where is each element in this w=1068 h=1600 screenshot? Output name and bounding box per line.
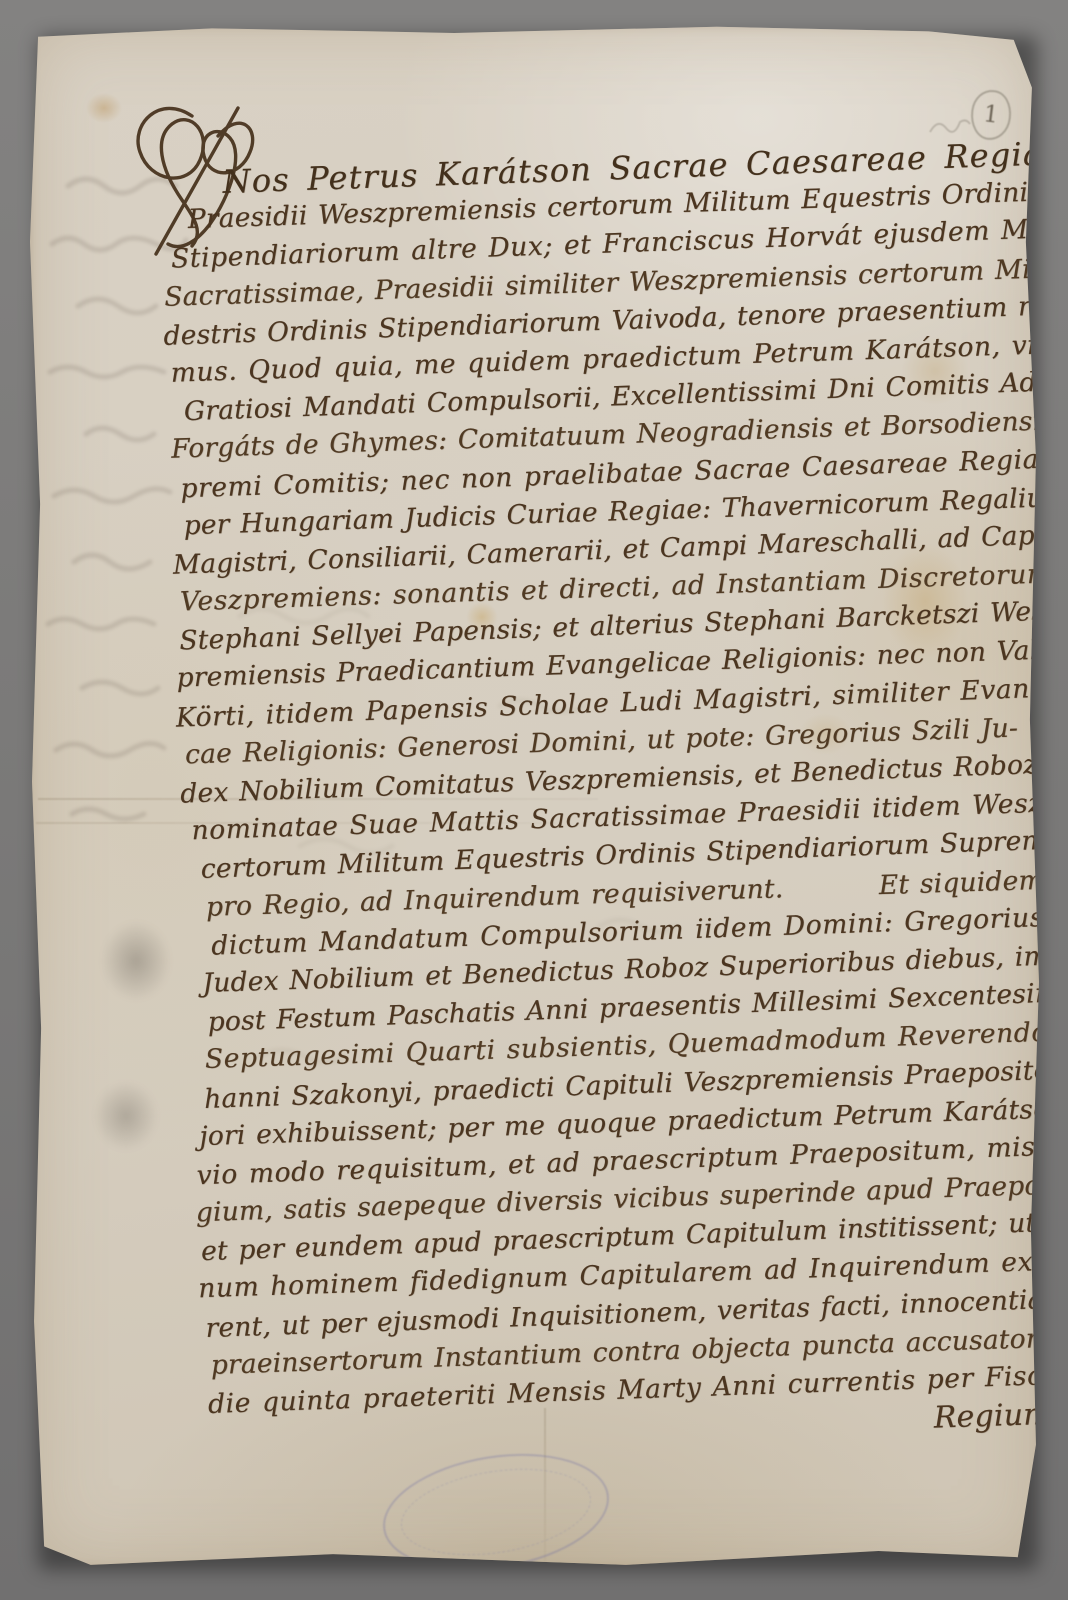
- folio-number-value: 1: [982, 101, 1000, 129]
- folio-number: 1: [968, 88, 1014, 143]
- archive-stamp-inner-ring: [395, 1456, 597, 1567]
- manuscript-page: 1 Nos Petrus Karátson Sacrae Caesareae R…: [30, 26, 1040, 1568]
- manuscript-text-block: Nos Petrus Karátson Sacrae Caesareae Reg…: [158, 134, 1068, 1462]
- manuscript-scan: { "page": { "folio_number": "1", "colors…: [0, 0, 1068, 1600]
- stain: [80, 88, 128, 128]
- ink-smudge: [88, 906, 184, 1016]
- ink-smudge: [82, 1068, 170, 1164]
- pencil-mark: [926, 110, 972, 140]
